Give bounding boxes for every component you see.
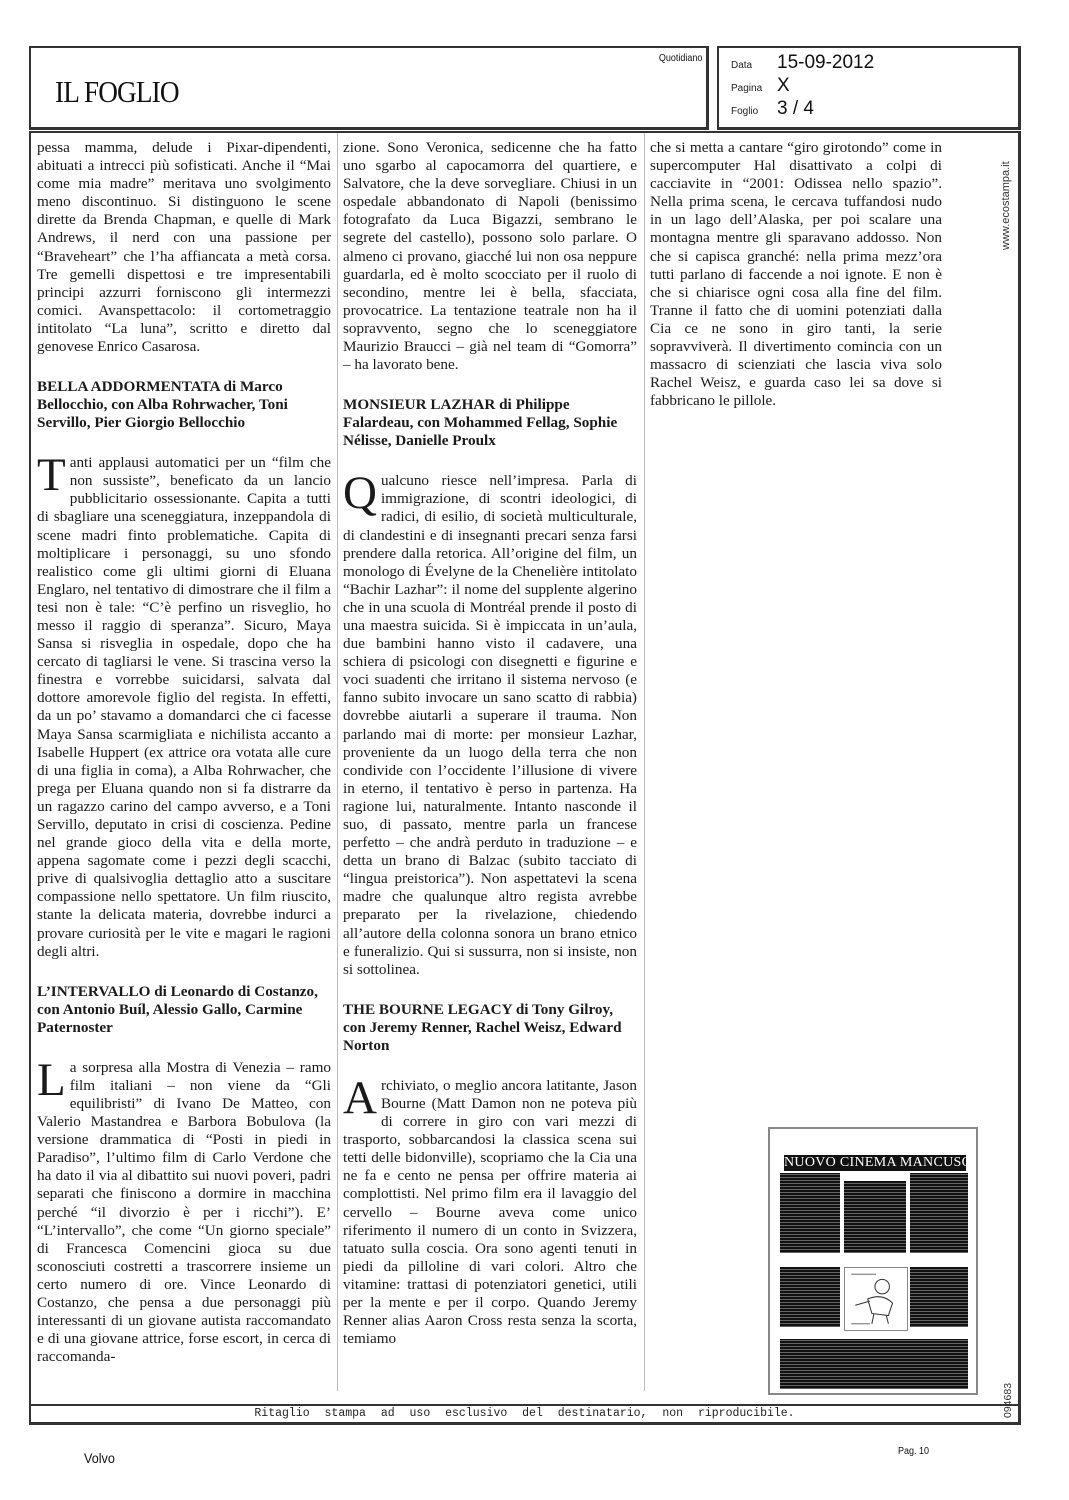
thumbnail-title: NUOVO CINEMA MANCUSO [784, 1155, 966, 1171]
review-text: rchiviato, o meglio ancora latitante, Ja… [343, 1077, 637, 1347]
client-name: Volvo [84, 1450, 115, 1466]
column-2: zione. Sono Veronica, sedicenne che ha f… [343, 139, 637, 1348]
meta-label: Pagina [731, 83, 777, 94]
meta-row-page: Pagina X [731, 75, 790, 97]
masthead-title: IL FOGLIO [55, 74, 179, 110]
paragraph: pessa mamma, delude i Pixar-dipendenti, … [37, 139, 331, 356]
dropcap: A [343, 1080, 377, 1116]
meta-value: 15-09-2012 [777, 52, 874, 74]
source-url: www.ecostampa.it [1000, 161, 1012, 250]
meta-label: Data [731, 60, 777, 71]
thumbnail-text-block [910, 1267, 968, 1327]
header-masthead-box: IL FOGLIO Quotidiano [29, 46, 709, 130]
dropcap: L [37, 1062, 66, 1098]
meta-row-date: Data 15-09-2012 [731, 52, 874, 74]
cartoon-drawing-icon [845, 1268, 907, 1330]
thumbnail-text-block [910, 1173, 968, 1253]
dropcap: T [37, 457, 66, 493]
thumbnail-text-block [780, 1339, 968, 1389]
review-body: Archiviato, o meglio ancora latitante, J… [343, 1077, 637, 1348]
review-text: a sorpresa alla Mostra di Venezia – ramo… [37, 1059, 331, 1366]
review-body: Tanti applausi automatici per un “film c… [37, 454, 331, 961]
copyright-notice: Ritaglio stampa ad uso esclusivo del des… [29, 1405, 1021, 1425]
review-heading: MONSIEUR LAZHAR di Philippe Falardeau, c… [343, 396, 637, 450]
page-thumbnail: NUOVO CINEMA MANCUSO [768, 1127, 978, 1395]
dropcap: Q [343, 475, 377, 511]
header-meta-box: Data 15-09-2012 Pagina X Foglio 3 / 4 [717, 46, 1021, 130]
review-heading: THE BOURNE LEGACY di Tony Gilroy, con Je… [343, 1001, 637, 1055]
paragraph: zione. Sono Veronica, sedicenne che ha f… [343, 139, 637, 374]
review-text: anti applausi automatici per un “film ch… [37, 454, 331, 960]
meta-value: 3 / 4 [777, 98, 814, 120]
thumbnail-text-block [780, 1173, 840, 1253]
clipping-code: 094683 [1002, 1383, 1014, 1418]
column-1: pessa mamma, delude i Pixar-dipendenti, … [37, 139, 331, 1366]
review-heading: BELLA ADDORMENTATA di Marco Bellocchio, … [37, 378, 331, 432]
review-heading: L’INTERVALLO di Leonardo di Costanzo, co… [37, 983, 331, 1037]
meta-label: Foglio [731, 106, 777, 117]
column-3: che si metta a cantare “giro girotondo” … [650, 139, 942, 410]
page-number: Pag. 10 [898, 1446, 929, 1457]
thumbnail-content: NUOVO CINEMA MANCUSO [780, 1147, 968, 1389]
thumbnail-text-block [844, 1181, 906, 1253]
review-body: Qualcuno riesce nell’impresa. Parla di i… [343, 472, 637, 979]
paragraph: che si metta a cantare “giro girotondo” … [650, 139, 942, 410]
thumbnail-cartoon [844, 1267, 908, 1331]
column-divider [337, 133, 338, 1391]
column-divider [644, 133, 645, 1391]
review-text: ualcuno riesce nell’impresa. Parla di im… [343, 472, 637, 978]
meta-value: X [777, 75, 790, 97]
thumbnail-text-block [780, 1267, 840, 1327]
frequency-label: Quotidiano [658, 53, 702, 64]
meta-row-sheet: Foglio 3 / 4 [731, 98, 814, 120]
review-body: La sorpresa alla Mostra di Venezia – ram… [37, 1059, 331, 1367]
